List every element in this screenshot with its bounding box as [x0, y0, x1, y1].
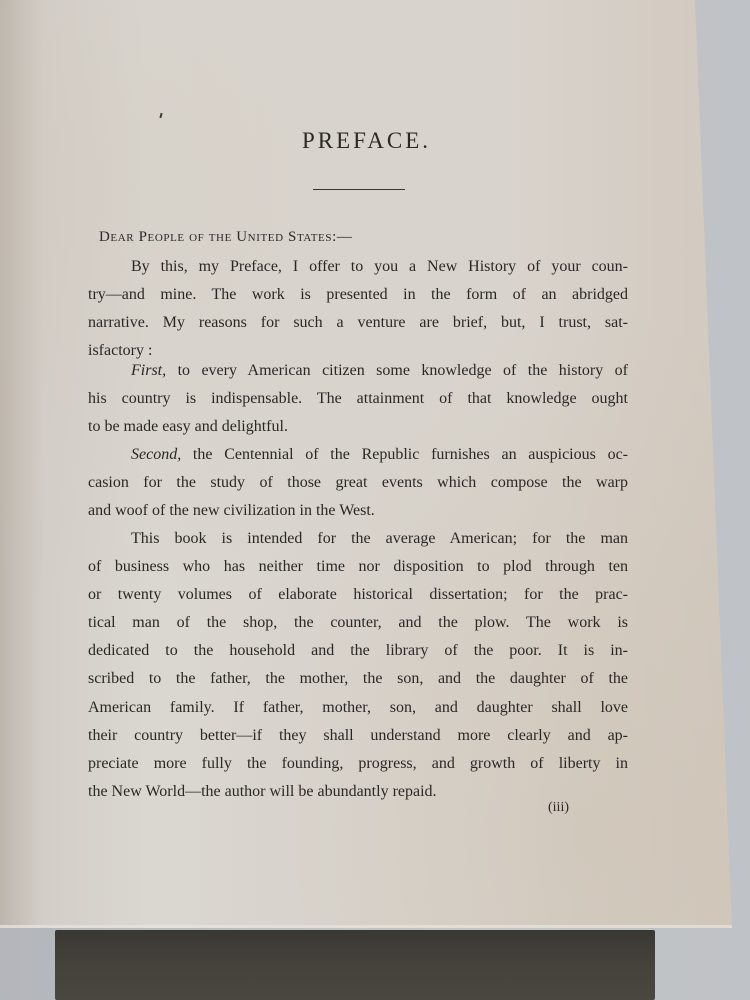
page-title: PREFACE. [88, 128, 639, 154]
text-line: dedicated to the household and the libra… [88, 641, 628, 661]
text-line: American family. If father, mother, son,… [88, 698, 628, 718]
text-line: First, to every American citizen some kn… [131, 361, 628, 381]
italic-lead: First, [131, 362, 166, 379]
text-line: tical man of the shop, the counter, and … [88, 613, 628, 633]
text-line: of business who has neither time nor dis… [88, 557, 628, 577]
text-line: or twenty volumes of elaborate historica… [88, 585, 628, 605]
ink-speck [159, 113, 162, 118]
text-line: Second, the Centennial of the Republic f… [131, 445, 628, 465]
text-line: try—and mine. The work is presented in t… [88, 285, 628, 305]
text-line: and woof of the new civilization in the … [88, 501, 628, 521]
text-line: preciate more fully the founding, progre… [88, 754, 628, 774]
text-line: By this, my Preface, I offer to you a Ne… [131, 257, 628, 277]
text-line: his country is indispensable. The attain… [88, 389, 628, 409]
salutation: Dear People of the United States:— [99, 229, 352, 246]
text-line: isfactory : [88, 341, 628, 361]
text-line: casion for the study of those great even… [88, 473, 628, 493]
text-span: the Centennial of the Republic furnishes… [181, 446, 628, 463]
text-line: to be made easy and delightful. [88, 417, 628, 437]
text-line: their country better—if they shall under… [88, 726, 628, 746]
page-number: (iii) [548, 800, 569, 816]
text-line: narrative. My reasons for such a venture… [88, 313, 628, 333]
text-line: scribed to the father, the mother, the s… [88, 669, 628, 689]
text-line: This book is intended for the average Am… [131, 529, 628, 549]
book-page: PREFACE. Dear People of the United State… [0, 0, 732, 928]
italic-lead: Second, [131, 446, 181, 463]
title-divider [313, 189, 405, 190]
text-line: the New World—the author will be abundan… [88, 782, 628, 802]
page-edge [0, 925, 732, 928]
text-span: to every American citizen some knowledge… [166, 362, 628, 379]
book-cover-edge [55, 930, 655, 1000]
